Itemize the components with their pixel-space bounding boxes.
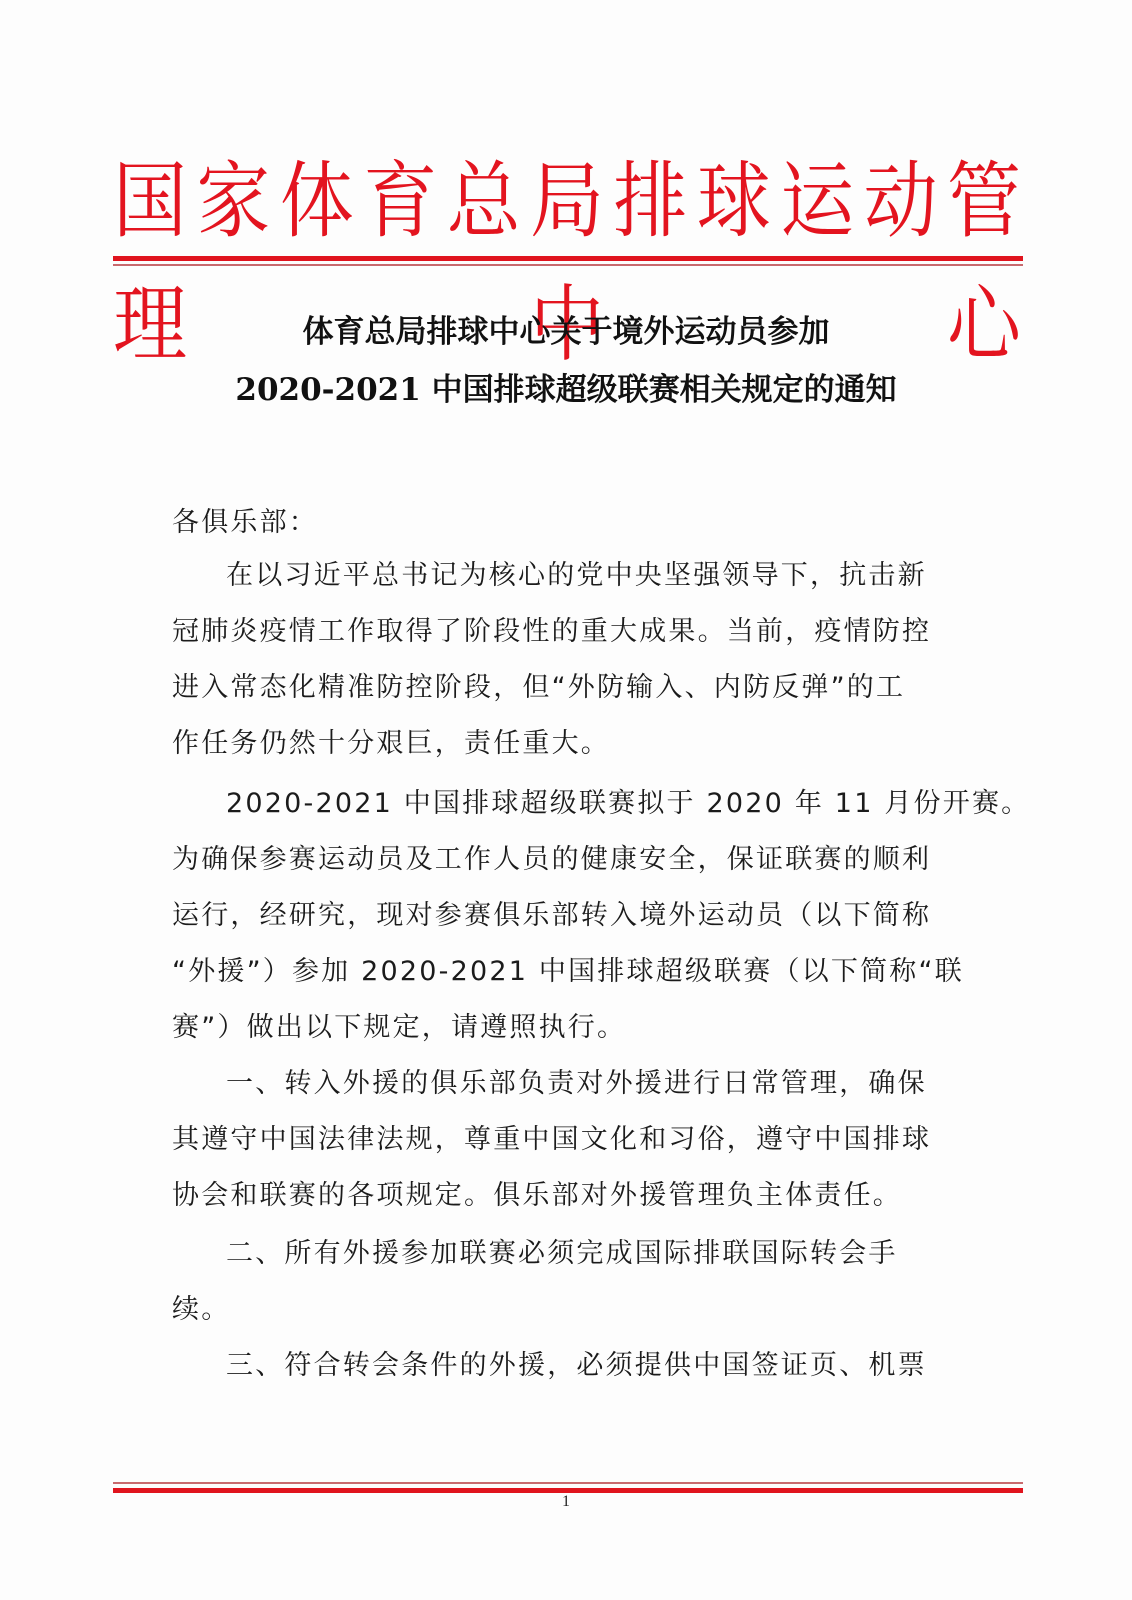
body-line: 2020-2021 中国排球超级联赛拟于 2020 年 11 月份开赛。 <box>226 784 1016 824</box>
header-rule-thick <box>113 256 1023 261</box>
body-line: 三、符合转会条件的外援，必须提供中国签证页、机票 <box>226 1346 1016 1386</box>
body-line: 运行，经研究，现对参赛俱乐部转入境外运动员（以下简称 <box>172 896 962 936</box>
body-line: 一、转入外援的俱乐部负责对外援进行日常管理，确保 <box>226 1064 1016 1104</box>
footer-rule-thin <box>113 1482 1023 1484</box>
organization-header: 国家体育总局排球运动管理中心 <box>113 140 1023 263</box>
body-line: 协会和联赛的各项规定。俱乐部对外援管理负主体责任。 <box>172 1176 962 1216</box>
document-title-line-2: 2020-2021 中国排球超级联赛相关规定的通知 <box>150 362 982 418</box>
body-line: 进入常态化精准防控阶段，但“外防输入、内防反弹”的工 <box>172 668 962 708</box>
body-line: 续。 <box>172 1290 962 1330</box>
body-line: 二、所有外援参加联赛必须完成国际排联国际转会手 <box>226 1234 1016 1274</box>
document-page: 国家体育总局排球运动管理中心 体育总局排球中心关于境外运动员参加 2020-20… <box>0 0 1132 1600</box>
document-title-line-1: 体育总局排球中心关于境外运动员参加 <box>150 304 982 360</box>
body-line: 其遵守中国法律法规，尊重中国文化和习俗，遵守中国排球 <box>172 1120 962 1160</box>
body-line: 作任务仍然十分艰巨，责任重大。 <box>172 724 962 764</box>
body-line: 为确保参赛运动员及工作人员的健康安全，保证联赛的顺利 <box>172 840 962 880</box>
body-line: 在以习近平总书记为核心的党中央坚强领导下，抗击新 <box>226 556 1016 596</box>
header-rule-thin <box>113 264 1023 266</box>
salutation: 各俱乐部： <box>172 503 962 543</box>
body-line: “外援”）参加 2020-2021 中国排球超级联赛（以下简称“联 <box>172 952 962 992</box>
body-line: 冠肺炎疫情工作取得了阶段性的重大成果。当前，疫情防控 <box>172 612 962 652</box>
body-line: 赛”）做出以下规定，请遵照执行。 <box>172 1008 962 1048</box>
page-number: 1 <box>0 1494 1132 1510</box>
